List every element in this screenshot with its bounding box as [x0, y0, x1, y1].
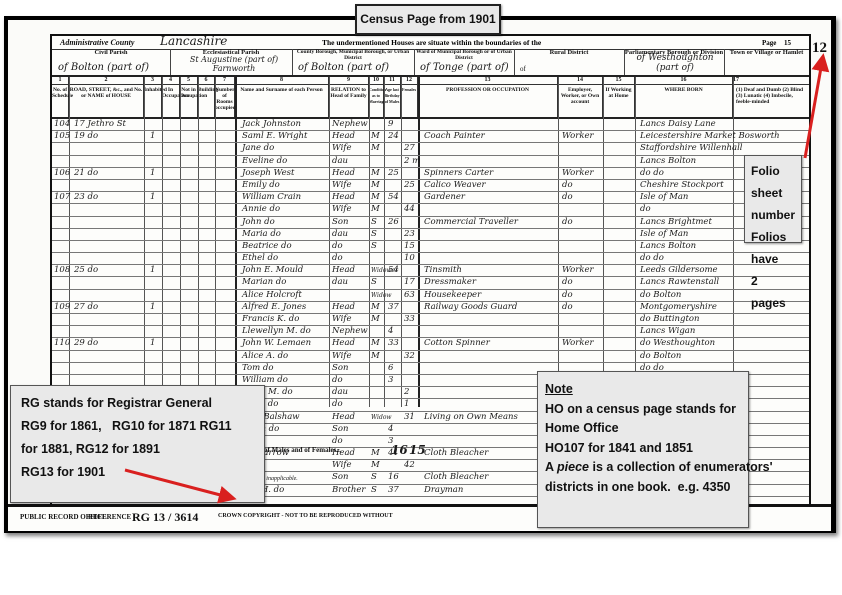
address: 19 do: [74, 131, 98, 142]
table-row: Alice HolcroftWidow63Housekeeperdodo Bol…: [52, 290, 809, 302]
col-16: 16WHERE BORN: [635, 77, 733, 117]
age-female: 23: [404, 229, 415, 240]
condition: Widow: [371, 290, 392, 301]
employment-status: do: [562, 180, 573, 191]
ward-label: Ward of Municipal Borough or of Urban Di…: [414, 49, 514, 61]
condition: M: [371, 192, 380, 203]
folio-line-3: Folios have: [751, 226, 795, 270]
employment-status: do: [562, 290, 573, 301]
birthplace: Lancs Brightmet: [640, 217, 712, 228]
age-female: 63: [404, 290, 415, 301]
employment-status: do: [562, 302, 573, 313]
occupation: Tinsmith: [424, 265, 462, 276]
schedule-number: 108: [54, 265, 70, 276]
col-17: 17(1) Deaf and Dumb (2) Blind (3) Lunati…: [733, 77, 809, 117]
age-male: 6: [388, 363, 393, 374]
inhabited: 1: [150, 302, 155, 313]
registrar-general-callout: RG stands for Registrar General RG9 for …: [10, 385, 265, 503]
occupation: Housekeeper: [424, 290, 481, 301]
relation: do: [332, 241, 343, 252]
col-12: 12Females: [401, 77, 418, 117]
person-name: William Crain: [242, 192, 301, 203]
note-line-2: Home Office: [545, 419, 741, 439]
table-row: Eveline dodau2 mLancs Bolton: [52, 156, 809, 168]
ecclesiastical-parish: Ecclesiastical Parish St Augustine (part…: [170, 49, 293, 75]
rg-line-3: for 1881, RG12 for 1891: [21, 438, 254, 461]
employment-status: do: [562, 192, 573, 203]
col-15: 15If Working at Home: [603, 77, 635, 117]
schedule-number: 109: [54, 302, 70, 313]
age-male: 37: [388, 485, 399, 496]
table-row: 10825 do1John E. MouldHeadWidower54Tinsm…: [52, 265, 809, 277]
col-5: 5Not in Occupation: [180, 77, 198, 117]
col-3: 3Inhabited: [144, 77, 162, 117]
birthplace: Leicestershire Market Bosworth: [640, 131, 780, 142]
birthplace: Isle of Man: [640, 192, 688, 203]
table-row: 10519 do1Saml E. WrightHeadM24Coach Pain…: [52, 131, 809, 143]
relation: Head: [332, 131, 355, 142]
civil-parish-value: of Bolton (part of): [58, 62, 149, 73]
table-row: Alice A. doWifeM32do Bolton: [52, 351, 809, 363]
relation: Wife: [332, 180, 351, 191]
birthplace: Lancs Bolton: [640, 156, 696, 167]
employment-status: do: [562, 277, 573, 288]
person-name: John W. Lemaen: [242, 338, 311, 349]
address: 21 do: [74, 168, 98, 179]
age-female: 25: [404, 180, 415, 191]
occupation: Cotton Spinner: [424, 338, 490, 349]
town-label: Town or Village or Hamlet: [724, 49, 809, 56]
inhabited: 1: [150, 192, 155, 203]
county-borough-label: County Borough, Municipal Borough, or Ur…: [292, 49, 414, 61]
totals-females: 15: [409, 443, 426, 457]
age-male: 54: [388, 265, 399, 276]
col-7: 7Number of Rooms occupied: [215, 77, 235, 117]
birthplace: do do: [640, 168, 664, 179]
occupation: Gardener: [424, 192, 465, 203]
person-name: Beatrice do: [242, 241, 292, 252]
age-male: 25: [388, 168, 399, 179]
totals-males: 16: [391, 443, 408, 457]
rg-line-2: RG9 for 1861, RG10 for 1871 RG11: [21, 415, 254, 438]
age-female: 42: [404, 460, 415, 471]
col-11: 11Age last Birthday of Males: [384, 77, 401, 117]
parl-borough-value: of Westhoughton (part of): [626, 53, 724, 73]
condition: S: [371, 472, 377, 483]
birthplace: Cheshire Stockport: [640, 180, 724, 191]
birthplace: Staffordshire Willenhall: [640, 143, 743, 154]
civil-parish: Civil Parish of Bolton (part of): [52, 49, 171, 75]
person-name: Saml E. Wright: [242, 131, 307, 142]
header-line-1: Administrative County Lancashire The und…: [52, 36, 809, 50]
birthplace: do: [640, 204, 651, 215]
rural-district-value: of: [520, 65, 526, 73]
rural-district: Rural District of: [514, 49, 625, 75]
inhabited: 1: [150, 338, 155, 349]
inhabited: 1: [150, 265, 155, 276]
person-name: Tom do: [242, 363, 273, 374]
person-name: John do: [242, 217, 275, 228]
person-name: Alfred E. Jones: [242, 302, 306, 313]
occupation: Cloth Bleacher: [424, 472, 488, 483]
condition: M: [371, 448, 380, 459]
relation: Wife: [332, 204, 351, 215]
condition: M: [371, 131, 380, 142]
col-8: 8Name and Surname of each Person: [235, 77, 329, 117]
relation: Son: [332, 363, 348, 374]
condition: S: [371, 217, 377, 228]
col-9: 9RELATION to Head of Family: [329, 77, 369, 117]
person-name: Annie do: [242, 204, 280, 215]
age-male: 26: [388, 217, 399, 228]
birthplace: Lancs Rawtenstall: [640, 277, 719, 288]
condition: M: [371, 143, 380, 154]
schedule-number: 106: [54, 168, 70, 179]
relation: Wife: [332, 143, 351, 154]
table-row: Ethel dodo10do do: [52, 253, 809, 265]
age-female: 10: [404, 253, 415, 264]
age-female: 31: [404, 412, 415, 423]
relation: dau: [332, 387, 348, 398]
relation: Wife: [332, 460, 351, 471]
table-row: 10621 do1Joseph WestHeadM25Spinners Cart…: [52, 168, 809, 180]
address: 17 Jethro St: [74, 119, 126, 130]
age-female: 33: [404, 314, 415, 325]
birthplace: Lancs Wigan: [640, 326, 695, 337]
person-name: Emily do: [242, 180, 280, 191]
employment-status: Worker: [562, 338, 594, 349]
note-line-4: A piece is a collection of enumerators': [545, 458, 741, 478]
schedule-number: 104: [54, 119, 70, 130]
condition: M: [371, 302, 380, 313]
col-13: 13PROFESSION OR OCCUPATION: [418, 77, 558, 117]
relation: Head: [332, 412, 355, 423]
relation: do: [332, 399, 343, 410]
folio-line-4: 2 pages: [751, 270, 795, 314]
birthplace: do Buttington: [640, 314, 699, 325]
relation: do: [332, 253, 343, 264]
condition: M: [371, 460, 380, 471]
col-14: 14Employer, Worker, or Own account: [558, 77, 603, 117]
table-row: John doSonS26Commercial TravellerdoLancs…: [52, 217, 809, 229]
county-borough-value: of Bolton (part of): [298, 62, 389, 73]
page-label: Page: [762, 39, 776, 47]
table-row: Francis K. doWifeM33do Buttington: [52, 314, 809, 326]
age-female: 15: [404, 241, 415, 252]
age-female: 1: [404, 399, 409, 410]
person-name: Marian do: [242, 277, 286, 288]
note-line-3: HO107 for 1841 and 1851: [545, 439, 741, 459]
col-6: 6Building: [198, 77, 215, 117]
birthplace: do Bolton: [640, 351, 681, 362]
rural-district-label: Rural District: [514, 49, 624, 56]
col-2: 2ROAD, STREET, &c., and No. or NAME of H…: [69, 77, 144, 117]
relation: Wife: [332, 351, 351, 362]
person-name: Alice Holcroft: [242, 290, 302, 301]
person-name: Francis K. do: [242, 314, 299, 325]
person-name: John E. Mould: [242, 265, 303, 276]
table-row: 10417 Jethro StJack JohnstonNephew9Lancs…: [52, 119, 809, 131]
person-name: Maria do: [242, 229, 281, 240]
rg-line-1: RG stands for Registrar General: [21, 392, 254, 415]
birthplace: Lancs Bolton: [640, 241, 696, 252]
relation: Nephew: [332, 119, 368, 130]
header-districts: Civil Parish of Bolton (part of) Ecclesi…: [52, 49, 809, 77]
person-name: Llewellyn M. do: [242, 326, 311, 337]
condition: Widow: [371, 412, 392, 423]
relation: Son: [332, 472, 348, 483]
table-row: Jane doWifeM27Staffordshire Willenhall: [52, 143, 809, 155]
occupation: Spinners Carter: [424, 168, 493, 179]
relation: Nephew: [332, 326, 368, 337]
age-female: 2: [404, 387, 409, 398]
table-row: Marian dodauS17DressmakerdoLancs Rawtens…: [52, 277, 809, 289]
person-name: Ethel do: [242, 253, 278, 264]
occupation: Drayman: [424, 485, 463, 496]
age-female: 17: [404, 277, 415, 288]
town-village: Town or Village or Hamlet: [724, 49, 809, 75]
employment-status: Worker: [562, 265, 594, 276]
note-line-5: districts in one book. e.g. 4350: [545, 478, 741, 498]
occupation: Cloth Bleacher: [424, 448, 488, 459]
person-name: Joseph West: [242, 168, 294, 179]
admin-county-label: Administrative County: [60, 38, 134, 47]
address: 23 do: [74, 192, 98, 203]
age-male: 16: [388, 472, 399, 483]
occupation: Living on Own Means: [424, 412, 518, 423]
schedule-number: 107: [54, 192, 70, 203]
schedule-number: 105: [54, 131, 70, 142]
age-male: 37: [388, 302, 399, 313]
relation: Son: [332, 424, 348, 435]
age-male: 4: [388, 424, 393, 435]
birthplace: do do: [640, 253, 664, 264]
age-male: 33: [388, 338, 399, 349]
col-1: 1No. of Schedule: [52, 77, 69, 117]
intro-text: The undermentioned Houses are situate wi…: [322, 38, 541, 47]
person-name: Jane do: [242, 143, 274, 154]
parliamentary-borough: Parliamentary Borough or Division of Wes…: [624, 49, 725, 75]
civil-parish-label: Civil Parish: [52, 49, 170, 56]
inhabited: 1: [150, 168, 155, 179]
age-male: 3: [388, 375, 393, 386]
county-borough: County Borough, Municipal Borough, or Ur…: [292, 49, 415, 75]
address: 25 do: [74, 265, 98, 276]
folio-line-2: number: [751, 204, 795, 226]
inhabited: 1: [150, 131, 155, 142]
address: 27 do: [74, 302, 98, 313]
condition: M: [371, 314, 380, 325]
table-row: Beatrice dodoS15Lancs Bolton: [52, 241, 809, 253]
relation: Head: [332, 338, 355, 349]
eccl-parish-value: St Augustine (part of) Farnworth: [176, 55, 292, 73]
condition: S: [371, 229, 377, 240]
person-name: Jack Johnston: [242, 119, 301, 130]
relation: Head: [332, 265, 355, 276]
relation: Brother: [332, 485, 365, 496]
age-female: 32: [404, 351, 415, 362]
birthplace: Leeds Gildersome: [640, 265, 718, 276]
ward: Ward of Municipal Borough or of Urban Di…: [414, 49, 515, 75]
age-female: 44: [404, 204, 415, 215]
condition: M: [371, 338, 380, 349]
title-callout: Census Page from 1901: [355, 4, 501, 35]
birthplace: Montgomeryshire: [640, 302, 717, 313]
occupation: Calico Weaver: [424, 180, 486, 191]
table-row: Annie doWifeM44do: [52, 204, 809, 216]
rg-line-4: RG13 for 1901: [21, 461, 254, 484]
age-female: 2 m: [404, 156, 420, 167]
age-male: 54: [388, 192, 399, 203]
person-name: Alice A. do: [242, 351, 288, 362]
birthplace: Isle of Man: [640, 229, 688, 240]
person-name: Eveline do: [242, 156, 287, 167]
birthplace: do Bolton: [640, 290, 681, 301]
condition: M: [371, 180, 380, 191]
age-female: 27: [404, 143, 415, 154]
occupation: Commercial Traveller: [424, 217, 518, 228]
birthplace: Lancs Daisy Lane: [640, 119, 716, 130]
birthplace: do Westhoughton: [640, 338, 715, 349]
table-row: 10927 do1Alfred E. JonesHeadM37Railway G…: [52, 302, 809, 314]
footer-reference-label: REFERENCE :-: [88, 513, 138, 521]
ward-value: of Tonge (part of): [420, 62, 509, 73]
note-line-1: HO on a census page stands for: [545, 400, 741, 420]
occupation: Coach Painter: [424, 131, 485, 142]
col-4: 4In Occupation: [162, 77, 180, 117]
employment-status: Worker: [562, 168, 594, 179]
note-heading: Note: [545, 380, 741, 400]
table-row: Llewellyn M. doNephew4Lancs Wigan: [52, 326, 809, 338]
note-callout: Note HO on a census page stands for Home…: [537, 371, 749, 528]
age-male: 24: [388, 131, 399, 142]
relation: Head: [332, 192, 355, 203]
occupation: Railway Goods Guard: [424, 302, 517, 313]
folio-number: 12: [812, 40, 827, 57]
relation: Son: [332, 217, 348, 228]
relation: dau: [332, 229, 348, 240]
condition: S: [371, 241, 377, 252]
table-row: 10723 do1William CrainHeadM54GardenerdoI…: [52, 192, 809, 204]
employment-status: do: [562, 217, 573, 228]
occupation: Dressmaker: [424, 277, 476, 288]
condition: M: [371, 168, 380, 179]
page-number: 15: [784, 39, 791, 47]
relation: dau: [332, 156, 348, 167]
footer-reference-value: RG 13 / 3614: [132, 510, 198, 525]
relation: Head: [332, 302, 355, 313]
table-row: 11029 do1John W. LemaenHeadM33Cotton Spi…: [52, 338, 809, 350]
folio-line-1: Folio sheet: [751, 160, 795, 204]
condition: M: [371, 351, 380, 362]
footer-copyright: CROWN COPYRIGHT - NOT TO BE REPRODUCED W…: [218, 513, 393, 519]
relation: Wife: [332, 314, 351, 325]
column-headers: 1No. of Schedule 2ROAD, STREET, &c., and…: [52, 77, 809, 119]
employment-status: Worker: [562, 131, 594, 142]
relation: dau: [332, 277, 348, 288]
age-male: 9: [388, 119, 393, 130]
address: 29 do: [74, 338, 98, 349]
condition: M: [371, 204, 380, 215]
schedule-number: 110: [54, 338, 70, 349]
table-row: Emily doWifeM25Calico WeaverdoCheshire S…: [52, 180, 809, 192]
relation: do: [332, 375, 343, 386]
table-row: Maria dodauS23Isle of Man: [52, 229, 809, 241]
col-10: 10Condition as to Marriage: [369, 77, 384, 117]
condition: S: [371, 277, 377, 288]
relation: Head: [332, 168, 355, 179]
folio-callout: Folio sheet number Folios have 2 pages: [744, 155, 802, 243]
condition: S: [371, 485, 377, 496]
admin-county-value: Lancashire: [160, 34, 227, 48]
age-male: 4: [388, 326, 393, 337]
